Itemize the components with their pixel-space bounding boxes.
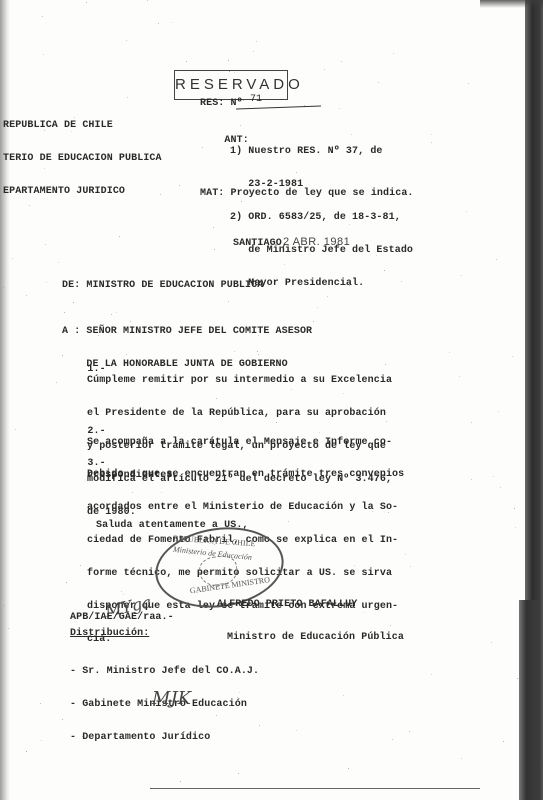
place: SANTIAGO, [233, 238, 288, 249]
distribution-title: Distribución: [70, 628, 149, 639]
subject-line: MAT: Proyecto de ley que se indica. [200, 188, 414, 199]
res-underline [236, 106, 321, 110]
ant-line: 2) ORD. 6583/25, de 18-3-81, [230, 212, 413, 223]
scan-top-smudge [480, 0, 543, 8]
scan-bottom-line [150, 788, 480, 789]
signer-name: ALFREDO PRIETO BAFALLUY [217, 599, 404, 610]
handwritten-annotation: MJK [152, 688, 191, 709]
paragraph-line: Cúmpleme remitir por su intermedio a su … [87, 375, 392, 386]
paragraph-line: acordados entre el Ministerio de Educaci… [87, 502, 404, 513]
reservado-stamp: RESERVADO [174, 70, 288, 100]
scanned-document-page: RESERVADO REPUBLICA DE CHILE TERIO DE ED… [0, 0, 543, 800]
distribution-item: - Departamento Jurídico [70, 732, 259, 743]
paragraph-line: Debido a que se encuentran en trámite tr… [87, 469, 404, 480]
paragraph-3: 3.- Debido a que se encuentran en trámit… [63, 447, 106, 491]
date-stamp: 2 ABR. 1981 [283, 236, 350, 248]
paragraph-1: 1.- Cúmpleme remitir por su intermedio a… [63, 353, 106, 397]
to-line: A : SEÑOR MINISTRO JEFE DEL COMITE ASESO… [62, 326, 312, 337]
letterhead: REPUBLICA DE CHILE TERIO DE EDUCACION PU… [3, 98, 162, 219]
res-label: RES: Nº [200, 98, 243, 109]
reference-initials: APB/IAE/GAE/raa.- [70, 612, 174, 623]
distribution-item: - Sr. Ministro Jefe del CO.A.J. [70, 666, 259, 677]
res-number: 71 [250, 94, 262, 105]
letterhead-line: EPARTAMENTO JURIDICO [3, 186, 162, 197]
scan-right-edge-lower [519, 600, 543, 800]
ant-line: 1) Nuestro RES. Nº 37, de [230, 146, 413, 157]
signer-title: Ministro de Educación Pública [217, 632, 404, 643]
letterhead-line: REPUBLICA DE CHILE [3, 120, 162, 131]
from-line: DE: MINISTRO DE EDUCACION PUBLICA [62, 280, 263, 291]
antecedents: ANT: 1) Nuestro RES. Nº 37, de 23-2-1981… [200, 124, 249, 168]
letterhead-line: TERIO DE EDUCACION PUBLICA [3, 153, 162, 164]
